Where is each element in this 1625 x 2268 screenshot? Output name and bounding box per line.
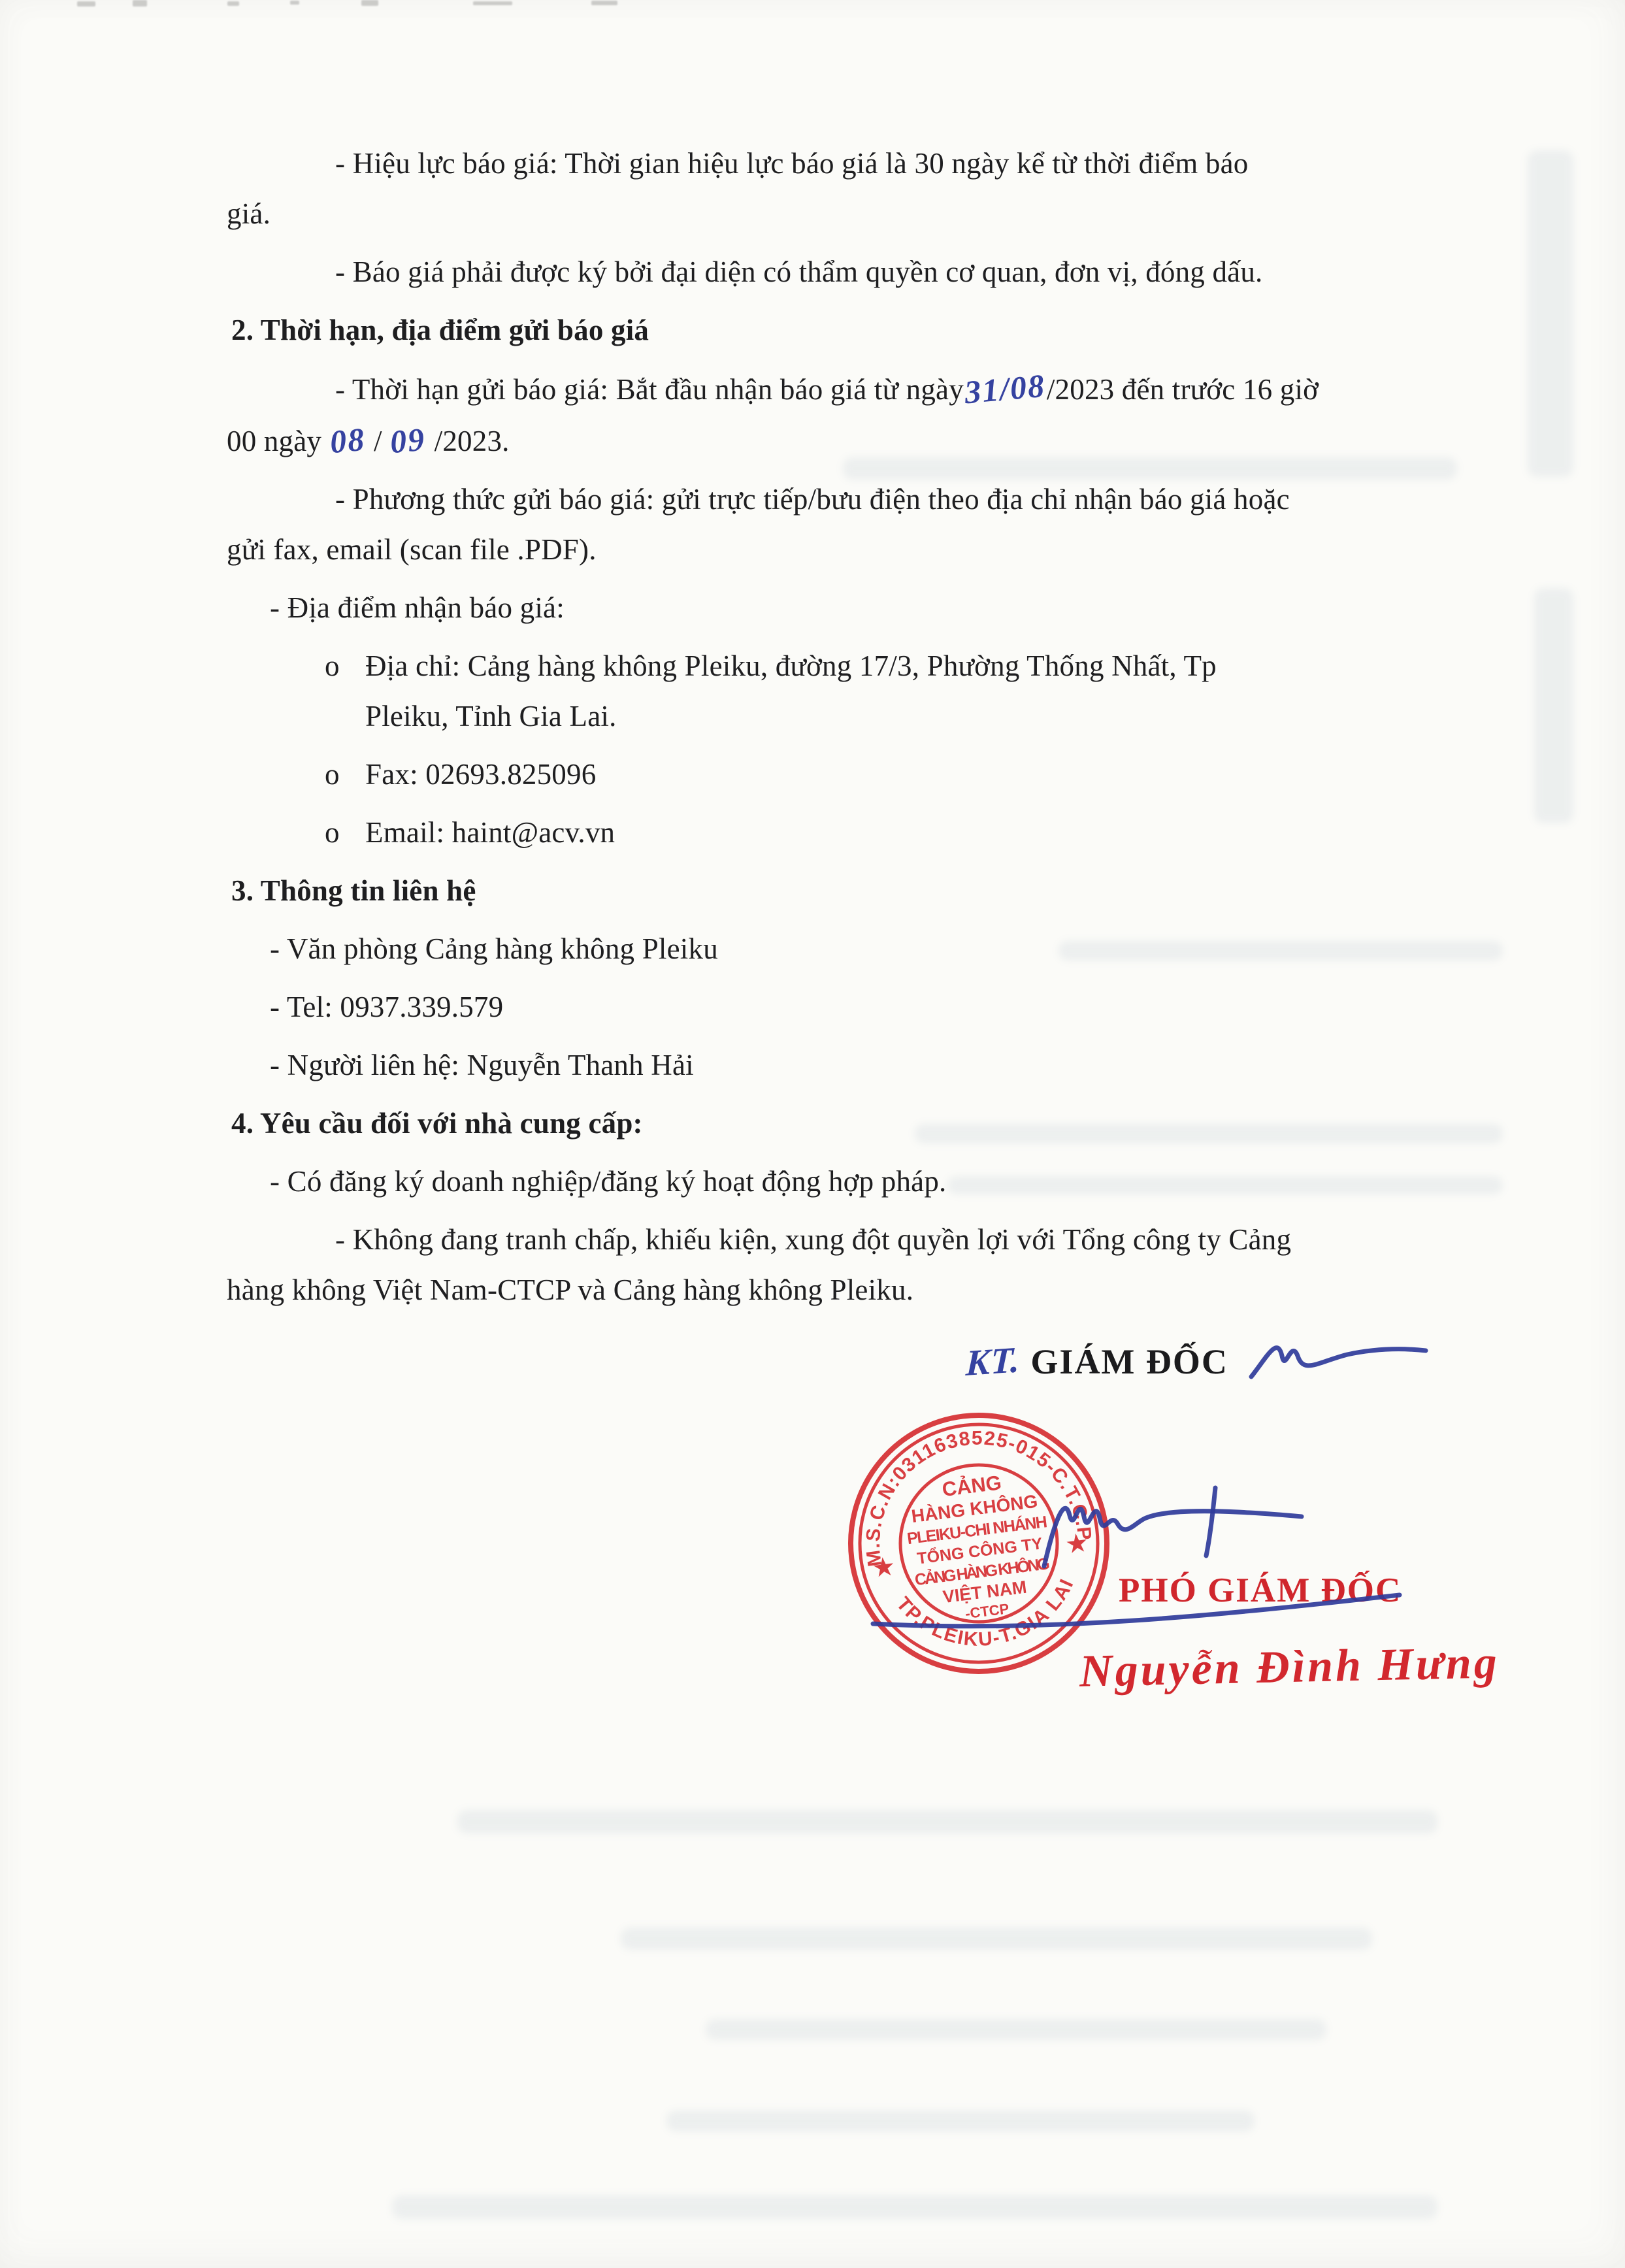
scan-artifact	[473, 1, 512, 5]
text-segment: - Phương thức gửi báo giá: gửi trực tiếp…	[335, 483, 1290, 516]
text-segment: - Tel: 0937.339.579	[270, 991, 503, 1023]
text-line: gửi fax, email (scan file .PDF).	[227, 525, 1475, 575]
bleedthrough-ghost	[915, 1124, 1503, 1143]
text-segment: 2. Thời hạn, địa điểm gửi báo giá	[231, 314, 649, 346]
text-line: - Báo giá phải được ký bởi đại diện có t…	[227, 247, 1475, 297]
bleedthrough-ghost	[1059, 941, 1503, 961]
signature-tbar-stroke	[1206, 1488, 1215, 1556]
list-bullet: o	[325, 808, 340, 858]
text-segment: 00 ngày	[227, 425, 329, 457]
text-line: - Thời hạn gửi báo giá: Bắt đầu nhận báo…	[227, 363, 1475, 415]
text-segment: Địa chỉ: Cảng hàng không Pleiku, đường 1…	[365, 649, 1217, 682]
text-segment: 4. Yêu cầu đối với nhà cung cấp:	[231, 1107, 643, 1140]
text-segment: hàng không Việt Nam-CTCP và Cảng hàng kh…	[227, 1274, 913, 1306]
bleedthrough-ghost	[666, 2111, 1255, 2131]
text-segment: giá.	[227, 197, 271, 230]
signature-underline-stroke	[873, 1595, 1400, 1626]
text-segment: Fax: 02693.825096	[365, 758, 596, 791]
text-segment: - Địa điểm nhận báo giá:	[270, 591, 565, 624]
text-segment: Pleiku, Tỉnh Gia Lai.	[365, 700, 617, 732]
text-line: - Hiệu lực báo giá: Thời gian hiệu lực b…	[227, 139, 1475, 189]
text-line: oĐịa chỉ: Cảng hàng không Pleiku, đường …	[227, 641, 1475, 691]
scan-artifact	[133, 0, 147, 7]
handwritten-date: 09	[388, 414, 428, 467]
text-segment: - Người liên hệ: Nguyễn Thanh Hải	[270, 1049, 694, 1081]
document-page: - Hiệu lực báo giá: Thời gian hiệu lực b…	[0, 0, 1625, 2268]
bleedthrough-ghost	[947, 1176, 1503, 1194]
scan-artifact	[361, 0, 378, 6]
signature-initials-stroke	[1251, 1348, 1426, 1377]
text-segment: - Hiệu lực báo giá: Thời gian hiệu lực b…	[335, 147, 1248, 180]
text-segment: - Báo giá phải được ký bởi đại diện có t…	[335, 255, 1262, 288]
text-line: giá.	[227, 189, 1475, 239]
text-line: 2. Thời hạn, địa điểm gửi báo giá	[227, 305, 1475, 355]
text-line: - Không đang tranh chấp, khiếu kiện, xun…	[227, 1215, 1475, 1265]
scan-artifact	[290, 1, 299, 5]
text-segment: /	[367, 425, 390, 457]
handwritten-date: 31/08	[962, 361, 1047, 418]
text-line: hàng không Việt Nam-CTCP và Cảng hàng kh…	[227, 1265, 1475, 1315]
list-bullet: o	[325, 641, 340, 691]
scan-artifact	[227, 1, 239, 6]
signature-flourish-stroke	[1044, 1508, 1302, 1566]
scan-artifact	[591, 1, 617, 5]
bleedthrough-ghost	[392, 2195, 1437, 2219]
text-segment: - Có đăng ký doanh nghiệp/đăng ký hoạt đ…	[270, 1165, 947, 1198]
text-line: 3. Thông tin liên hệ	[227, 866, 1475, 916]
scan-artifact	[77, 1, 95, 7]
text-segment: gửi fax, email (scan file .PDF).	[227, 533, 597, 566]
bleedthrough-ghost	[457, 1810, 1437, 1833]
text-segment: - Văn phòng Cảng hàng không Pleiku	[270, 932, 718, 965]
bleedthrough-ghost	[621, 1928, 1372, 1950]
list-bullet: o	[325, 749, 340, 800]
text-segment: /2023.	[427, 425, 509, 457]
text-segment: - Thời hạn gửi báo giá: Bắt đầu nhận báo…	[335, 373, 964, 406]
bleedthrough-ghost	[1528, 150, 1573, 477]
text-line: - Tel: 0937.339.579	[227, 982, 1475, 1032]
text-line: oEmail: haint@acv.vn	[227, 808, 1475, 858]
bleedthrough-ghost	[1534, 588, 1573, 823]
bleedthrough-ghost	[706, 2019, 1326, 2040]
text-line: - Phương thức gửi báo giá: gửi trực tiếp…	[227, 474, 1475, 525]
signature-ink	[849, 1323, 1437, 1650]
bleedthrough-ghost	[843, 457, 1457, 480]
text-line: - Địa điểm nhận báo giá:	[227, 583, 1475, 633]
text-segment: /2023 đến trước 16 giờ	[1047, 373, 1319, 406]
text-line: oFax: 02693.825096	[227, 749, 1475, 800]
text-line: - Người liên hệ: Nguyễn Thanh Hải	[227, 1040, 1475, 1091]
text-line: Pleiku, Tỉnh Gia Lai.	[227, 691, 1475, 742]
text-segment: Email: haint@acv.vn	[365, 816, 615, 849]
text-segment: 3. Thông tin liên hệ	[231, 874, 476, 907]
text-segment: - Không đang tranh chấp, khiếu kiện, xun…	[335, 1223, 1291, 1256]
handwritten-date: 08	[327, 414, 367, 467]
